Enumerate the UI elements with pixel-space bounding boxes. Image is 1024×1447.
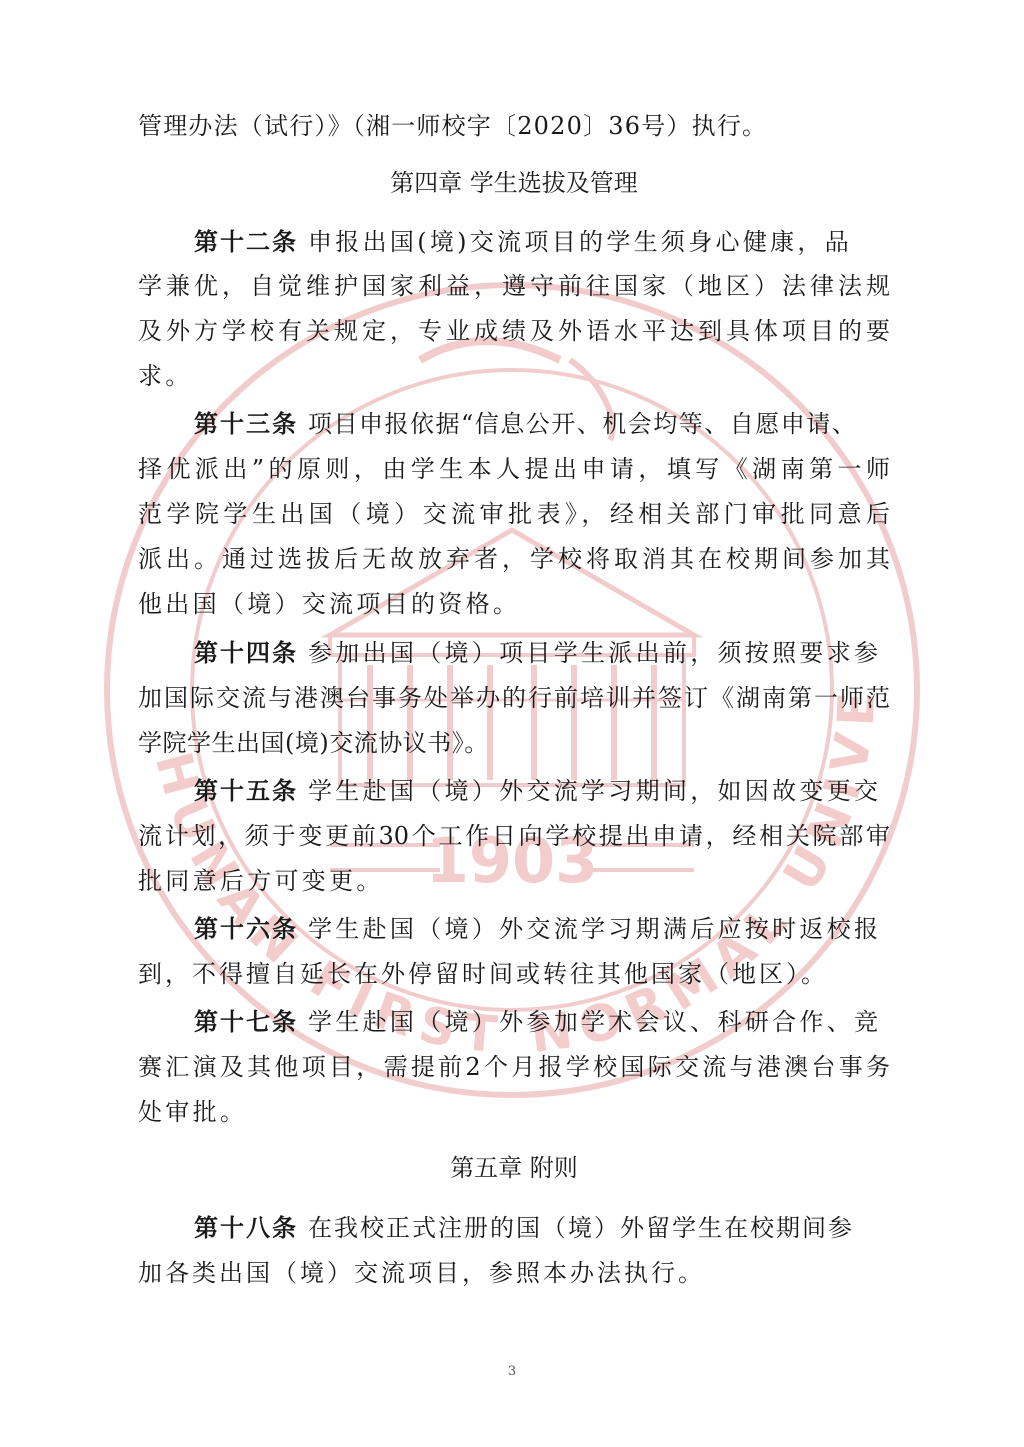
article-label: 第十四条 [194, 639, 298, 667]
chapter-title-4: 第四章 学生选拔及管理 [138, 167, 890, 199]
article-text: 学生赴国（境）外交流学习期满后应按时返校报 [308, 915, 881, 943]
article-text: 学兼优，自觉维护国家利益，遵守前往国家（地区）法律法规 [138, 270, 890, 302]
article-label: 第十五条 [194, 777, 298, 805]
article-15: 第十五条学生赴国（境）外交流学习期间，如因故变更交 [194, 775, 881, 807]
article-text: 他出国（境）交流项目的资格。 [138, 588, 520, 620]
continuation-text: 管理办法（试行）》（湘一师校字〔2020〕36号）执行。 [138, 110, 767, 142]
article-text: 范学院学生出国（境）交流审批表》，经相关部门审批同意后 [138, 498, 890, 530]
article-text: 学生赴国（境）外参加学术会议、科研合作、竞 [308, 1008, 881, 1036]
article-label: 第十六条 [194, 915, 298, 943]
article-14: 第十四条参加出国（境）项目学生派出前，须按照要求参 [194, 637, 881, 669]
article-label: 第十二条 [194, 228, 298, 256]
article-text: 处审批。 [138, 1096, 247, 1128]
svg-text:HUNAN FIRST NORMAL UNIVERSITY: HUNAN FIRST NORMAL UNIVERSITY [0, 0, 887, 1065]
article-16: 第十六条学生赴国（境）外交流学习期满后应按时返校报 [194, 913, 881, 945]
article-18: 第十八条在我校正式注册的国（境）外留学生在校期间参 [194, 1212, 854, 1244]
article-label: 第十三条 [194, 410, 298, 438]
article-text: 择优派出”的原则，由学生本人提出申请，填写《湖南第一师 [138, 453, 890, 485]
article-text: 申报出国(境)交流项目的学生须身心健康，品 [308, 228, 852, 256]
article-text: 到，不得擅自延长在外停留时间或转往其他国家（地区）。 [138, 958, 828, 990]
article-text: 学生赴国（境）外交流学习期间，如因故变更交 [308, 777, 881, 805]
article-text: 学院学生出国(境)交流协议书》。 [138, 727, 489, 759]
article-12: 第十二条申报出国(境)交流项目的学生须身心健康，品 [194, 226, 852, 258]
article-text: 参加出国（境）项目学生派出前，须按照要求参 [308, 639, 881, 667]
article-label: 第十八条 [194, 1214, 298, 1242]
article-text: 流计划，须于变更前30个工作日向学校提出申请，经相关院部审 [138, 820, 890, 852]
article-label: 第十七条 [194, 1008, 298, 1036]
article-text: 加各类出国（境）交流项目，参照本办法执行。 [138, 1257, 705, 1289]
article-17: 第十七条学生赴国（境）外参加学术会议、科研合作、竞 [194, 1006, 881, 1038]
article-13: 第十三条项目申报依据“信息公开、机会均等、自愿申请、 [194, 408, 857, 440]
article-text: 求。 [138, 360, 193, 392]
chapter-title-5: 第五章 附则 [138, 1152, 890, 1184]
article-text: 赛汇演及其他项目，需提前2个月报学校国际交流与港澳台事务 [138, 1051, 890, 1083]
article-text: 派出。通过选拔后无故放弃者，学校将取消其在校期间参加其 [138, 543, 890, 575]
article-text: 及外方学校有关规定，专业成绩及外语水平达到具体项目的要 [138, 315, 890, 347]
article-text: 在我校正式注册的国（境）外留学生在校期间参 [308, 1214, 854, 1242]
page-number: 3 [0, 1364, 1024, 1379]
article-text: 加国际交流与港澳台事务处举办的行前培训并签订《湖南第一师范 [138, 682, 890, 714]
article-text: 批同意后方可变更。 [138, 865, 384, 897]
article-text: 项目申报依据“信息公开、机会均等、自愿申请、 [308, 410, 857, 438]
